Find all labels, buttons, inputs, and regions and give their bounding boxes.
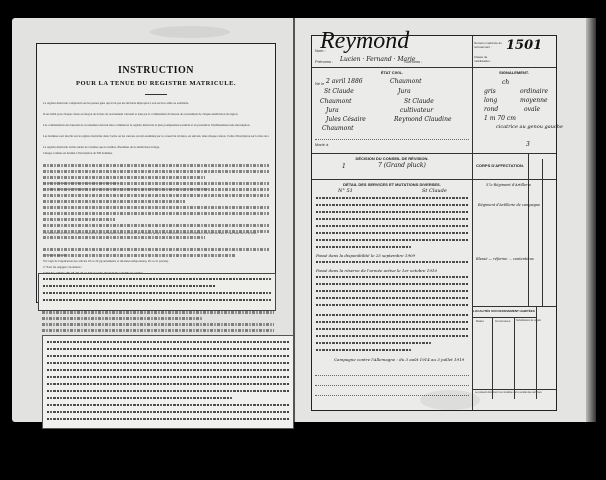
text-line — [43, 248, 269, 251]
instruction-paragraph: Chaque volume est destiné à l'inscriptio… — [43, 152, 269, 155]
handwriting-line — [316, 328, 468, 330]
visage: ovale — [524, 106, 540, 113]
decision-conseil-section: DÉCISION DU CONSEIL DE RÉVISION. 1 7 (Gr… — [312, 153, 473, 180]
handwriting-line — [47, 418, 289, 420]
canton: St Claude — [324, 88, 354, 95]
service-entry: Passé dans la disponibilité le 25 septem… — [316, 253, 415, 258]
handwritten-note-upper — [38, 273, 276, 311]
cheveux: ch — [502, 79, 509, 86]
handwriting-line — [47, 404, 289, 406]
handwriting-line — [316, 297, 468, 299]
localites-section: LOCALITÉS SUCCESSIVEMENT HABITÉES Dates … — [472, 306, 556, 399]
text-line — [43, 218, 115, 221]
pere: Jules Césaire — [326, 116, 366, 123]
text-line — [43, 254, 235, 257]
handwriting-line — [47, 348, 289, 350]
column-divider — [528, 179, 529, 306]
separator — [315, 138, 469, 140]
registre-form: Nom : Reymond Prénoms : Lucien · Fernand… — [311, 35, 557, 411]
handwriting-line — [43, 292, 271, 294]
residence: Chaumont — [320, 98, 351, 105]
corps-header: CORPS D'AFFECTATION. — [472, 153, 556, 180]
marie-label: Marié à — [315, 142, 328, 147]
handwriting-line — [316, 349, 412, 351]
handwriting-line — [316, 239, 468, 241]
title-divider — [145, 94, 167, 95]
page-edge — [586, 18, 596, 422]
etat-civil-section: ÉTAT CIVIL. Né le 2 avril 1886 Chaumont … — [312, 67, 473, 154]
text-line — [42, 311, 274, 314]
footer-note: Le présent document ne constitue qu'un e… — [475, 391, 542, 394]
instruction-paragraph: 2° Pour les engagés volontaires : — [43, 266, 269, 269]
degre-instruction: 3 — [526, 141, 530, 148]
text-line — [43, 164, 269, 167]
mere: Reymond Claudine — [394, 116, 452, 123]
handwriting-line — [316, 290, 468, 292]
classe-partie: 1 — [342, 163, 346, 170]
classe-label: Classe de mobilisation : — [474, 55, 502, 63]
name-block: Nom : Reymond Prénoms : Lucien · Fernand… — [312, 36, 473, 68]
departement: Jura — [398, 88, 411, 95]
handwriting-line — [316, 304, 468, 306]
column-divider — [542, 159, 543, 179]
service-entry: Passé dans la réserve de l'armée active … — [316, 268, 437, 273]
instruction-paragraph: Il est établi pour chaque classe au moye… — [43, 113, 269, 116]
instruction-paragraph: Les hommes sont inscrits sur le registre… — [43, 135, 269, 138]
col-dates: Dates — [476, 319, 484, 323]
handwriting-line — [316, 321, 468, 323]
detail-title: DÉTAIL DES SERVICES ET MUTATIONS DIVERSE… — [312, 182, 472, 187]
menton: rond — [484, 106, 498, 113]
text-line — [43, 236, 205, 239]
lieu-naissance: Chaumont — [390, 78, 421, 85]
col-subdivisions: Subdivisions de région — [516, 319, 541, 322]
corps-remark: Blessé — réforme ... contentieux — [476, 257, 534, 261]
surname: Reymond — [320, 28, 409, 55]
handwriting-line — [47, 390, 289, 392]
handwriting-line — [47, 376, 289, 378]
text-line — [43, 170, 269, 173]
handwriting-line — [316, 225, 468, 227]
handwriting-line — [316, 204, 468, 206]
front: ordinaire — [520, 88, 548, 95]
detail-canton: St Claude — [422, 188, 447, 194]
text-line — [42, 317, 202, 320]
handwriting-line — [316, 232, 468, 234]
decision-note: 7 (Grand pluck) — [378, 162, 426, 169]
handwriting-line — [47, 411, 289, 413]
canton-residence: St Claude — [404, 98, 434, 105]
instruction-subtitle: POUR LA TENUE DU REGISTRE MATRICULE. — [37, 80, 275, 87]
text-line — [43, 194, 269, 197]
handwriting-line — [43, 278, 271, 280]
date-naissance: 2 avril 1886 — [326, 78, 363, 85]
decision-title: DÉCISION DU CONSEIL DE RÉVISION. — [312, 156, 472, 161]
text-line — [43, 230, 269, 233]
handwriting-line — [43, 285, 215, 287]
text-line — [42, 329, 274, 332]
domicile-parents: Chaumont — [322, 125, 353, 132]
handwriting-line — [47, 369, 289, 371]
col-communes: Communes — [495, 319, 510, 323]
separator — [315, 384, 469, 386]
yeux: gris — [484, 88, 496, 95]
campagne-entry: Campagne contre l'Allemagne : du 3 août … — [334, 357, 464, 362]
handwriting-line — [316, 211, 468, 213]
instruction-paragraph: Le registre matricule forme autant de vo… — [43, 146, 269, 149]
handwriting-line — [316, 276, 468, 278]
text-line — [43, 212, 269, 215]
signalement-title: SIGNALEMENT. — [472, 70, 556, 75]
text-line — [43, 206, 269, 209]
instruction-panel: INSTRUCTION POUR LA TENUE DU REGISTRE MA… — [36, 43, 276, 303]
departement-residence: Jura — [326, 107, 339, 114]
handwriting-line — [316, 218, 468, 220]
instruction-title: INSTRUCTION — [37, 65, 275, 76]
separator — [315, 374, 469, 376]
text-line — [42, 323, 274, 326]
footer-divider — [472, 389, 556, 390]
bouche: moyenne — [520, 97, 548, 104]
corps-affectation-section: CORPS D'AFFECTATION. 57e Régiment d'Arti… — [472, 153, 556, 306]
taille: 1 m 70 cm — [484, 115, 516, 122]
instruction-paragraph: Le registre matricule comprend tous les … — [43, 102, 269, 105]
handwriting-line — [47, 355, 289, 357]
handwritten-note-lower — [42, 335, 294, 429]
instruction-paragraph: Les commandants des bureaux de recruteme… — [43, 124, 269, 127]
column-divider — [528, 153, 529, 179]
handwriting-line — [43, 299, 271, 301]
etat-civil-title: ÉTAT CIVIL. — [312, 70, 472, 75]
corps-entry: Régiment d'Artillerie de campagne — [478, 203, 540, 207]
paper-stain — [150, 26, 230, 38]
text-line — [43, 224, 269, 227]
handwriting-line — [316, 261, 468, 263]
surnoms-label: Surnoms : — [404, 59, 422, 64]
signalement-section: SIGNALEMENT. ch gris ordinaire long moye… — [472, 67, 556, 154]
column-divider — [492, 317, 493, 399]
inscrit-sous: N° 51 — [338, 188, 353, 194]
detail-services-section: DÉTAIL DES SERVICES ET MUTATIONS DIVERSE… — [312, 179, 473, 410]
marques: cicatrice au genou gauche — [496, 124, 563, 130]
text-line — [43, 182, 269, 185]
header-divider — [472, 317, 536, 318]
text-line — [43, 176, 205, 179]
corps-entry: 57e Régiment d'Artillerie — [486, 183, 531, 187]
handwriting-line — [316, 335, 468, 337]
profession: cultivateur — [400, 107, 433, 114]
handwriting-line — [316, 314, 468, 316]
matricule-number: 1501 — [506, 38, 542, 53]
numero-label: Numéro matricule du recrutement : — [474, 41, 502, 49]
prenoms-label: Prénoms : — [315, 59, 333, 64]
handwriting-line — [316, 342, 432, 344]
localites-title: LOCALITÉS SUCCESSIVEMENT HABITÉES — [472, 309, 536, 313]
matricule-block: Numéro matricule du recrutement : 1501 C… — [472, 36, 556, 68]
column-divider — [514, 317, 515, 399]
nez: long — [484, 97, 497, 104]
text-line — [43, 200, 185, 203]
handwriting-line — [316, 197, 468, 199]
ne-le-label: Né le — [315, 81, 324, 86]
handwriting-line — [316, 246, 412, 248]
paper-stain — [420, 390, 480, 410]
corps-title: CORPS D'AFFECTATION. — [472, 163, 528, 168]
text-line — [43, 188, 269, 191]
instruction-paragraph: S'il s'agit de l'application des article… — [43, 260, 269, 263]
handwriting-line — [47, 341, 289, 343]
column-divider — [542, 179, 543, 306]
handwriting-line — [47, 397, 233, 399]
instruction-body: Le registre matricule comprend tous les … — [43, 102, 269, 272]
handwriting-line — [316, 283, 468, 285]
handwriting-line — [47, 383, 289, 385]
handwriting-line — [47, 362, 289, 364]
